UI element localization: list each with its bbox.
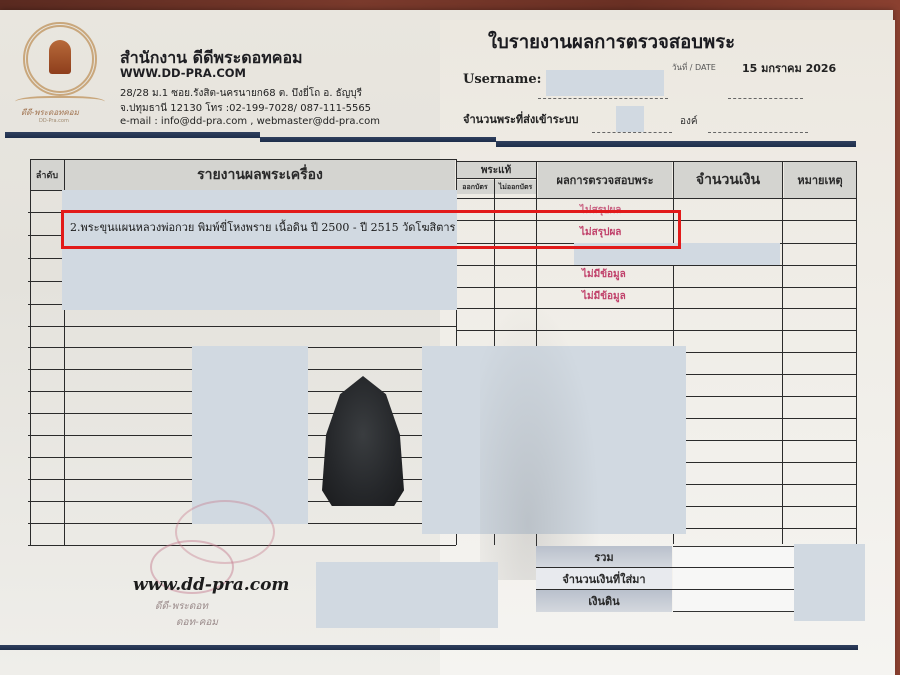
date-value: 15 มกราคม 2026 — [742, 59, 836, 77]
grid-line — [28, 326, 456, 327]
header-item: รายงานผลพระเครื่อง — [65, 160, 455, 190]
header-rule-left — [5, 132, 260, 138]
photo-redaction-left — [192, 346, 308, 524]
grid-line — [856, 161, 857, 544]
count-redaction — [616, 106, 644, 132]
grid-line — [456, 161, 856, 162]
highlight-box — [61, 210, 681, 249]
date-underline — [728, 98, 803, 99]
grid-line — [456, 178, 536, 179]
header-index: ลำดับ — [30, 160, 64, 190]
signature-subtext-2: ดอท-คอม — [176, 615, 218, 630]
header-rule-right — [496, 141, 856, 147]
change-label: เงินดิน — [536, 590, 672, 612]
address-line-2: จ.ปทุมธานี 12130 โทร :02-199-7028/ 087-1… — [120, 101, 371, 116]
summary-redaction — [794, 544, 865, 621]
email-line: e-mail : info@dd-pra.com , webmaster@dd-… — [120, 116, 380, 127]
username-redaction — [546, 70, 664, 96]
logo-subtext: DD-Pra.com — [39, 118, 69, 124]
organization-logo: ดีดี-พระดอทคอม DD-Pra.com — [15, 22, 105, 122]
count-unit-label: องค์ — [680, 114, 698, 129]
report-title: ใบรายงานผลการตรวจสอบพระ — [488, 28, 735, 57]
stamp-lower-icon — [175, 500, 275, 564]
unit-underline — [708, 132, 808, 133]
summary-divider-2 — [536, 589, 794, 590]
header-genuine-issued: ออกบัตร — [456, 180, 494, 194]
date-label: วันที่ / DATE — [672, 61, 716, 74]
header-genuine-not-issued: ไม่ออกบัตร — [495, 180, 536, 194]
organization-website: WWW.DD-PRA.COM — [120, 66, 246, 80]
summary-values — [673, 546, 795, 612]
signature-subtext-1: ดีดี-พระดอท — [155, 599, 208, 614]
header-amount: จำนวนเงิน — [674, 162, 782, 198]
paper-shadow — [480, 300, 600, 580]
submitted-count-label: จำนวนพระที่ส่งเข้าระบบ — [463, 110, 578, 128]
buddha-icon — [49, 40, 71, 74]
grid-line — [456, 265, 856, 266]
total-label: รวม — [536, 546, 672, 567]
signature-redaction — [316, 562, 498, 628]
header-remark: หมายเหตุ — [784, 162, 856, 198]
footer-rule — [0, 645, 858, 650]
grid-line — [782, 161, 783, 544]
username-label: Username: — [463, 72, 541, 87]
header-genuine: พระแท้ — [456, 162, 536, 178]
count-underline — [592, 132, 672, 133]
grid-line — [456, 287, 856, 288]
grid-line — [456, 198, 856, 199]
signature-website: www.dd-pra.com — [133, 575, 289, 595]
header-result: ผลการตรวจสอบพระ — [538, 162, 672, 198]
summary-divider-1 — [536, 567, 794, 568]
result-status-row-4: ไม่มีข้อมูล — [582, 267, 626, 282]
grid-line — [30, 159, 31, 545]
item-list-redaction — [62, 190, 457, 310]
header-rule-mid — [260, 137, 496, 142]
sent-amount-label: จำนวนเงินที่ใส่มา — [536, 568, 672, 589]
grid-line — [30, 159, 456, 160]
address-line-1: 28/28 ม.1 ซอย.รังสิต-นครนายก68 ต. บึงยี่… — [120, 86, 362, 101]
username-underline — [538, 98, 668, 99]
